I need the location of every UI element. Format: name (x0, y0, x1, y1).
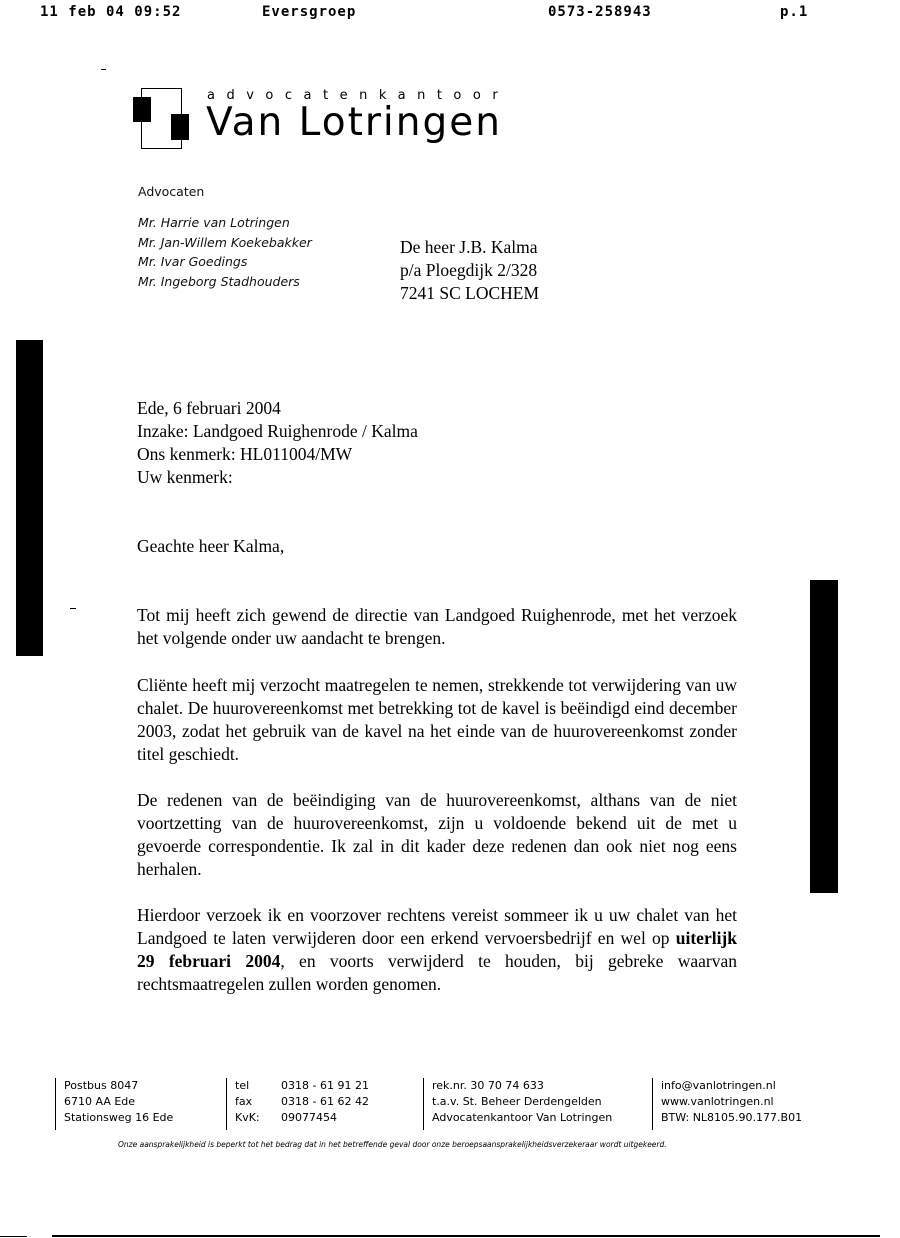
your-reference: Uw kenmerk: (137, 466, 418, 489)
scan-speck (101, 69, 106, 70)
lawyer-name: Mr. Ingeborg Stadhouders (138, 272, 312, 292)
our-reference: Ons kenmerk: HL011004/MW (137, 443, 418, 466)
page-edge-line (0, 1236, 27, 1237)
place-date: Ede, 6 februari 2004 (137, 397, 418, 420)
fax-phone: 0573-258943 (548, 4, 652, 20)
lawyer-name: Mr. Jan-Willem Koekebakker (138, 233, 312, 253)
lawyers-heading: Advocaten (138, 184, 204, 199)
fax-number: 0318 - 61 62 42 (281, 1094, 369, 1110)
website-link: www.vanlotringen.nl (661, 1094, 841, 1110)
body-paragraph: Hierdoor verzoek ik en voorzover rechten… (137, 904, 737, 996)
addressee-city: 7241 SC LOCHEM (400, 282, 539, 305)
addressee-name: De heer J.B. Kalma (400, 236, 539, 259)
fax-sender: Eversgroep (262, 4, 356, 20)
addressee-block: De heer J.B. Kalma p/a Ploegdijk 2/328 7… (400, 236, 539, 305)
scan-bar-right (810, 580, 838, 893)
footer-address: Postbus 8047 6710 AA Ede Stationsweg 16 … (55, 1078, 214, 1130)
phone-number: 0318 - 61 91 21 (281, 1078, 369, 1094)
email-link: info@vanlotringen.nl (661, 1078, 841, 1094)
liability-disclaimer: Onze aansprakelijkheid is beperkt tot he… (118, 1140, 667, 1149)
footer-contact: tel0318 - 61 91 21 fax0318 - 61 62 42 Kv… (226, 1078, 415, 1130)
fax-datetime: 11 feb 04 09:52 (40, 4, 181, 20)
salutation: Geachte heer Kalma, (137, 536, 284, 557)
fax-page-number: p.1 (780, 4, 808, 20)
body-paragraph: De redenen van de beëindiging van de huu… (137, 789, 737, 881)
footer-bank: rek.nr. 30 70 74 633 t.a.v. St. Beheer D… (423, 1078, 642, 1130)
firm-logo-icon (133, 88, 185, 150)
kvk-number: 09077454 (281, 1110, 337, 1126)
scan-speck (70, 608, 76, 609)
body-paragraph: Tot mij heeft zich gewend de directie va… (137, 604, 737, 650)
page-edge-line (52, 1235, 880, 1237)
subject-line: Inzake: Landgoed Ruighenrode / Kalma (137, 420, 418, 443)
firm-name: Van Lotringen (206, 100, 502, 145)
lawyers-list: Mr. Harrie van Lotringen Mr. Jan-Willem … (138, 213, 312, 291)
footer-web: info@vanlotringen.nl www.vanlotringen.nl… (652, 1078, 841, 1130)
letter-meta: Ede, 6 februari 2004 Inzake: Landgoed Ru… (137, 397, 418, 489)
vat-number: BTW: NL8105.90.177.B01 (661, 1110, 841, 1126)
body-paragraph: Cliënte heeft mij verzocht maatregelen t… (137, 674, 737, 766)
lawyer-name: Mr. Harrie van Lotringen (138, 213, 312, 233)
addressee-street: p/a Ploegdijk 2/328 (400, 259, 539, 282)
scan-bar-left (16, 340, 43, 656)
lawyer-name: Mr. Ivar Goedings (138, 252, 312, 272)
